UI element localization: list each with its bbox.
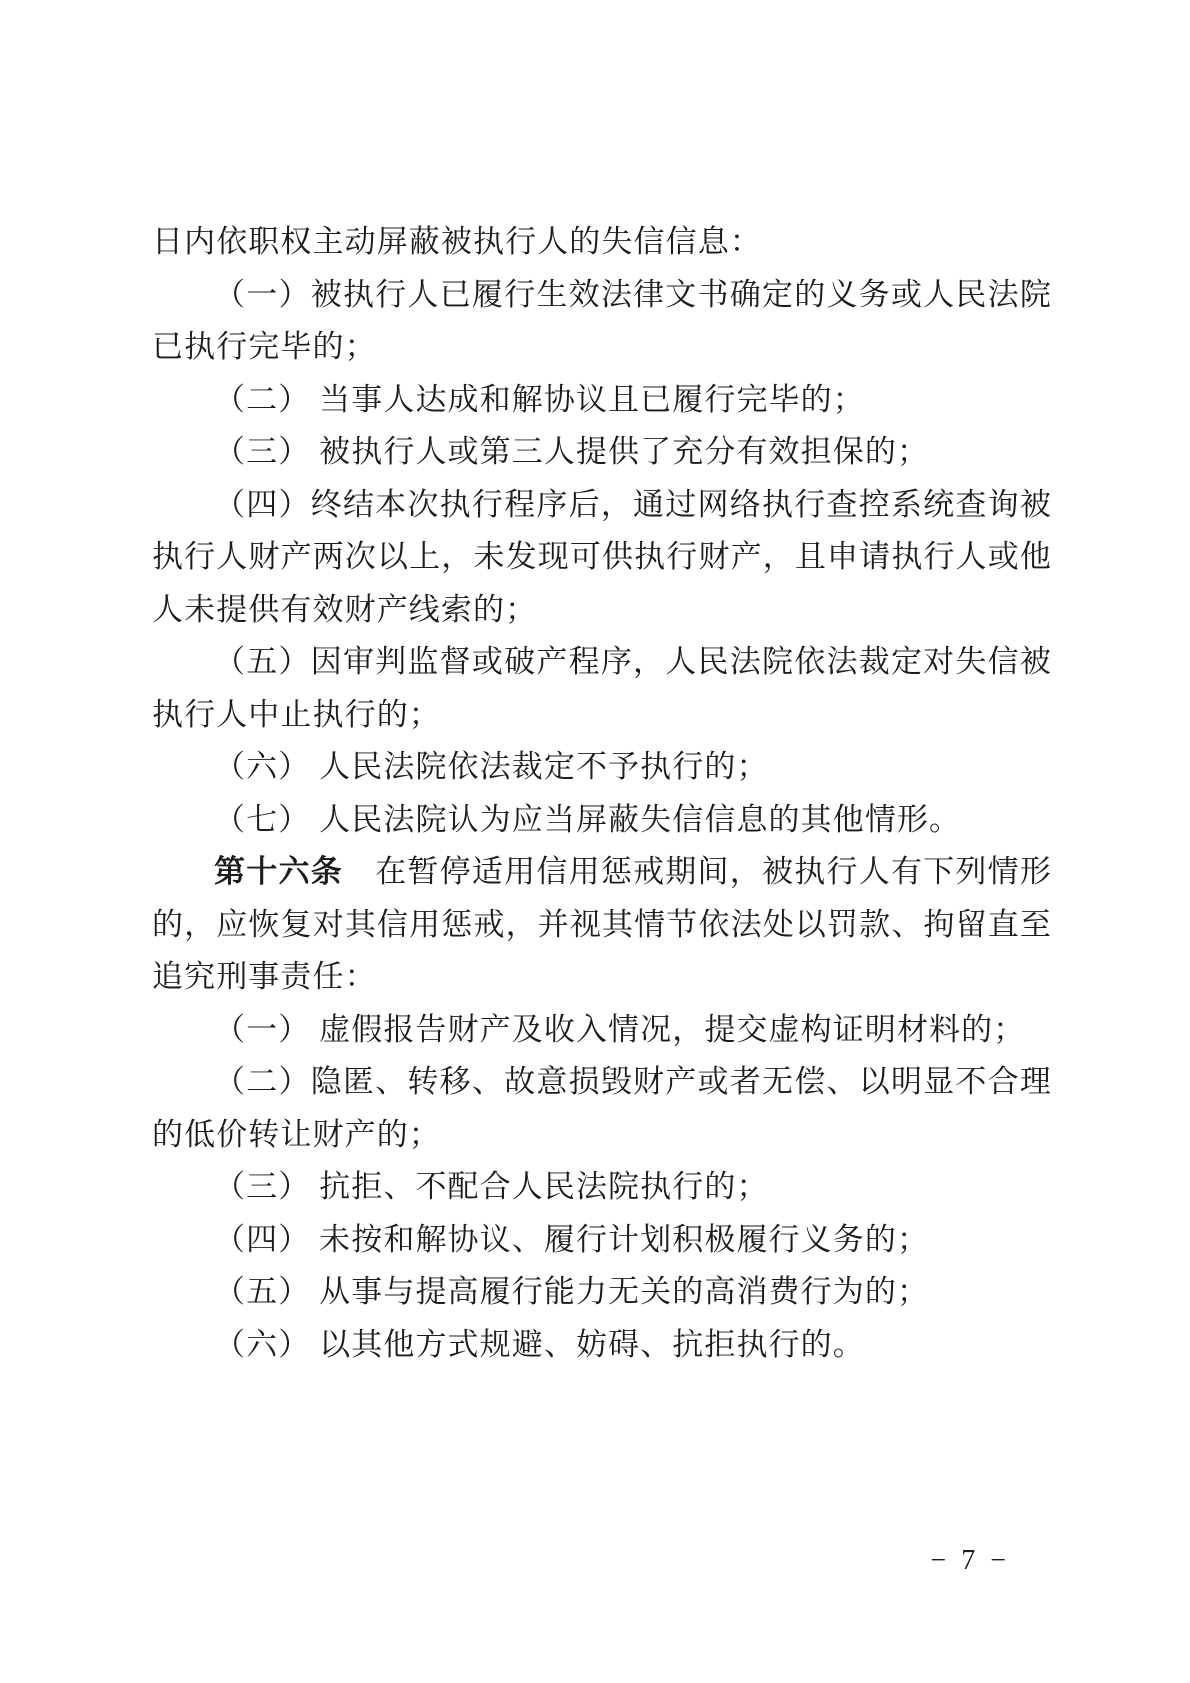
paragraph: （五）因审判监督或破产程序，人民法院依法裁定对失信被执行人中止执行的；	[152, 636, 1052, 741]
article-number: 第十六条	[214, 854, 343, 889]
paragraph: （五） 从事与提高履行能力无关的高消费行为的；	[152, 1266, 1052, 1319]
paragraph: 第十六条 在暂停适用信用惩戒期间，被执行人有下列情形的，应恢复对其信用惩戒，并视…	[152, 846, 1052, 1004]
paragraph: （四） 未按和解协议、履行计划积极履行义务的；	[152, 1214, 1052, 1267]
paragraph: （三） 被执行人或第三人提供了充分有效担保的；	[152, 426, 1052, 479]
paragraph: （三） 抗拒、不配合人民法院执行的；	[152, 1161, 1052, 1214]
document-body: 日内依职权主动屏蔽被执行人的失信信息：（一）被执行人已履行生效法律文书确定的义务…	[152, 216, 1052, 1371]
page-number: − 7 −	[930, 1545, 1010, 1577]
paragraph: （一） 虚假报告财产及收入情况，提交虚构证明材料的；	[152, 1004, 1052, 1057]
paragraph: （一）被执行人已履行生效法律文书确定的义务或人民法院已执行完毕的；	[152, 269, 1052, 374]
paragraph: （六） 以其他方式规避、妨碍、抗拒执行的。	[152, 1319, 1052, 1372]
paragraph: （七） 人民法院认为应当屏蔽失信信息的其他情形。	[152, 794, 1052, 847]
paragraph: （六） 人民法院依法裁定不予执行的；	[152, 741, 1052, 794]
paragraph: 日内依职权主动屏蔽被执行人的失信信息：	[152, 216, 1052, 269]
paragraph: （二）隐匿、转移、故意损毁财产或者无偿、以明显不合理的低价转让财产的；	[152, 1056, 1052, 1161]
document-page: 日内依职权主动屏蔽被执行人的失信信息：（一）被执行人已履行生效法律文书确定的义务…	[0, 0, 1190, 1683]
paragraph: （二） 当事人达成和解协议且已履行完毕的；	[152, 374, 1052, 427]
paragraph: （四）终结本次执行程序后，通过网络执行查控系统查询被执行人财产两次以上，未发现可…	[152, 479, 1052, 637]
